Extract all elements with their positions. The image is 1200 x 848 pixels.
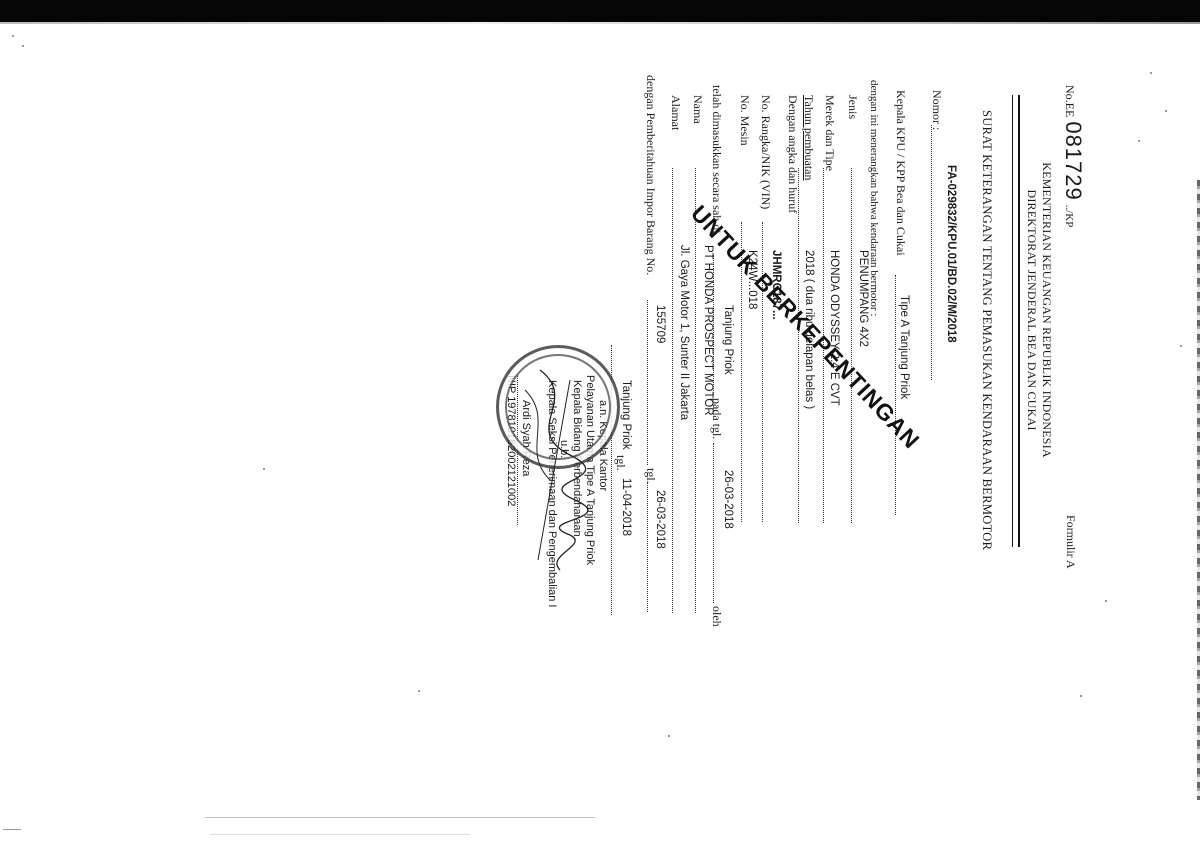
- serial-number: No.EE 081729 ../KP: [1060, 85, 1086, 227]
- document-page: No.EE 081729 ../KP Formulir A KEMENTERIA…: [0, 0, 1200, 848]
- document-number: FA-029832/KPU.01/BD.02/M/2018: [945, 165, 957, 343]
- alamat-label: Alamat: [668, 95, 683, 130]
- serial-value: 081729: [1061, 121, 1086, 200]
- sign-place: Tanjung Priok: [620, 380, 632, 450]
- nama-dots: [695, 168, 696, 613]
- pib-label: dengan Pemberitahuan Impor Barang No.: [643, 75, 658, 275]
- kepala-value: Tipe A Tanjung Priok: [898, 295, 910, 399]
- pib-value: 155709: [654, 305, 666, 343]
- jenis-dots: [851, 168, 852, 523]
- jenis-label: Jenis: [845, 95, 860, 119]
- sign-tgl-label: tgl.: [613, 455, 628, 471]
- serial-label: No.EE: [1063, 85, 1077, 117]
- intro-text: dengan ini menerangkan bahwa kendaraan b…: [868, 80, 880, 316]
- alamat-value: Jl. Gaya Motor 1, Sunter II Jakarta: [678, 245, 690, 420]
- masuk-value: Tanjung Priok: [722, 305, 734, 375]
- handwritten-signature: [510, 360, 600, 580]
- mesin-label: No. Mesin: [737, 95, 752, 146]
- pib-tgl-value: 26-03-2018: [654, 490, 666, 549]
- rangka-label: No. Rangka/NIK (VIN): [758, 95, 773, 209]
- alamat-dots: [672, 168, 673, 613]
- masuk-tgl-value: 26-03-2018: [722, 470, 734, 529]
- form-label: Formulir A: [1063, 515, 1078, 569]
- kepala-label: Kepala KPU / KPP Bea dan Cukai: [893, 90, 908, 256]
- tahun-dots: [798, 168, 799, 523]
- pib-tgl-label: tgl.: [643, 468, 658, 484]
- directorate-header: DIREKTORAT JENDERAL BEA DAN CUKAI: [1024, 80, 1039, 540]
- tahun-label: Tahun pembuatan: [801, 95, 816, 180]
- kepala-dots: [895, 275, 896, 515]
- serial-suffix: ../KP: [1063, 205, 1075, 228]
- masuk-tgl-dots: [713, 443, 714, 603]
- nama-label: Nama: [690, 95, 705, 124]
- pib-dots: [647, 300, 648, 465]
- merek-label: Merek dan Tipe: [822, 95, 837, 171]
- masuk-oleh: oleh: [709, 606, 724, 627]
- pib-tgl-dots: [647, 482, 648, 612]
- sign-date: 11-04-2018: [620, 478, 632, 536]
- document-title: SURAT KETERANGAN TENTANG PEMASUKAN KENDA…: [979, 110, 994, 550]
- nama-value: PT HONDA PROSPECT MOTOR: [702, 245, 714, 416]
- nomor-dots: [931, 125, 932, 380]
- jenis-value: PENUMPANG 4X2: [857, 250, 869, 347]
- header-rule: [1012, 95, 1020, 547]
- ministry-header: KEMENTERIAN KEUANGAN REPUBLIK INDONESIA: [1039, 80, 1054, 540]
